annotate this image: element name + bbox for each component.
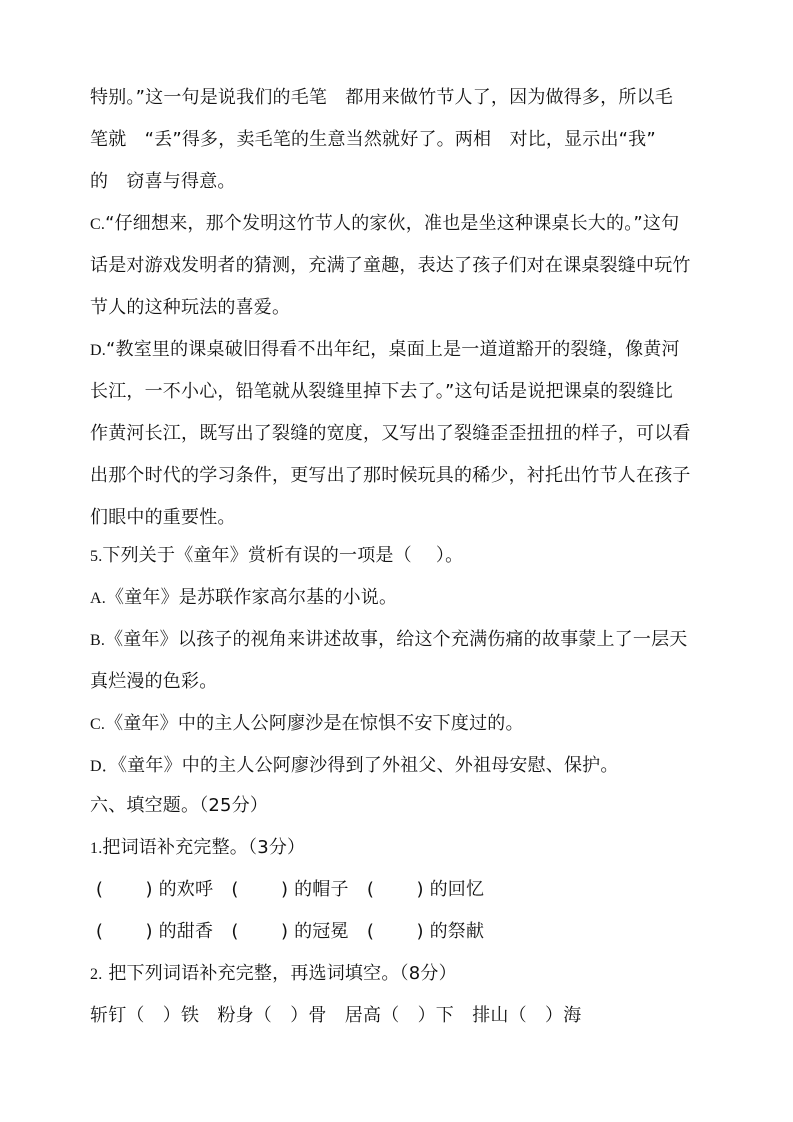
option-label: C.: [90, 716, 105, 733]
line-text: 话是对游戏发明者的猜测，充满了童趣，表达了孩子们对在课桌裂缝中玩竹: [90, 255, 691, 276]
option-c-line: C.《童年》中的主人公阿廖沙是在惊惧不安下度过的。: [90, 712, 524, 737]
line-text: 作黄河长江，既写出了裂缝的宽度，又写出了裂缝歪歪扭扭的样子，可以看: [90, 423, 691, 444]
document-page: 特别。”这一句是说我们的毛笔 都用来做竹节人了，因为做得多，所以毛 笔就 “丢”…: [0, 0, 793, 1122]
text-line: 的 窃喜与得意。: [90, 170, 236, 194]
section-heading: 六、填空题。（25分）: [90, 794, 268, 818]
question-2: 2. 把下列词语补充完整，再选词填空。（8分）: [90, 962, 457, 987]
question-number: 2.: [90, 966, 102, 983]
line-text: 节人的这种玩法的喜爱。: [90, 297, 290, 318]
section-title: 六、填空题。（25分）: [90, 795, 268, 816]
option-label: C.: [90, 216, 105, 233]
idiom-fill-row: 斩钉（ ）铁 粉身（ ）骨 居高（ ）下 排山（ ）海: [90, 1004, 581, 1028]
option-label: D.: [90, 342, 106, 359]
option-label: D．: [90, 758, 118, 775]
text-line: 出那个时代的学习条件，更写出了那时候玩具的稀少，衬托出竹节人在孩子: [90, 464, 691, 488]
option-label: A.: [90, 590, 106, 607]
question-text: 把词语补充完整。（3分）: [102, 837, 305, 858]
line-text: 真烂漫的色彩。: [90, 671, 217, 692]
line-text: 《童年》以孩子的视角来讲述故事，给这个充满伤痛的故事蒙上了一层天: [105, 629, 687, 650]
fill-blank-row: ( ) 的甜香 ( ) 的冠冕 ( ) 的祭献: [90, 920, 484, 944]
question-1: 1.把词语补充完整。（3分）: [90, 836, 305, 861]
fill-blank-text: ( ) 的欢呼 ( ) 的帽子 ( ) 的回忆: [90, 879, 484, 900]
question-text: 把下列词语补充完整，再选词填空。（8分）: [102, 963, 456, 984]
line-text: 《童年》中的主人公阿廖沙得到了外祖父、外祖母安慰、保护。: [118, 755, 619, 776]
text-line: 特别。”这一句是说我们的毛笔 都用来做竹节人了，因为做得多，所以毛: [90, 86, 673, 110]
text-line: 节人的这种玩法的喜爱。: [90, 296, 290, 320]
question-text: 下列关于《童年》赏析有误的一项是（ ）。: [102, 545, 463, 566]
option-b-line: B.《童年》以孩子的视角来讲述故事，给这个充满伤痛的故事蒙上了一层天: [90, 628, 687, 653]
text-line: 真烂漫的色彩。: [90, 670, 217, 694]
text-line: 笔就 “丢”得多，卖毛笔的生意当然就好了。两相 对比，显示出“我”: [90, 128, 656, 152]
option-d-line: D.“教室里的课桌破旧得看不出年纪，桌面上是一道道豁开的裂缝，像黄河: [90, 338, 680, 363]
text-line: 话是对游戏发明者的猜测，充满了童趣，表达了孩子们对在课桌裂缝中玩竹: [90, 254, 691, 278]
line-text: 特别。”这一句是说我们的毛笔 都用来做竹节人了，因为做得多，所以毛: [90, 87, 673, 108]
option-c-line: C.“仔细想来，那个发明这竹节人的家伙，准也是坐这种课桌长大的。”这句: [90, 212, 679, 237]
option-d-line: D．《童年》中的主人公阿廖沙得到了外祖父、外祖母安慰、保护。: [90, 754, 619, 779]
text-line: 长江，一不小心，铅笔就从裂缝里掉下去了。”这句话是说把课桌的裂缝比: [90, 380, 673, 404]
line-text: 的 窃喜与得意。: [90, 171, 236, 192]
line-text: 们眼中的重要性。: [90, 507, 236, 528]
question-number: 1.: [90, 840, 102, 857]
line-text: 《童年》是苏联作家高尔基的小说。: [106, 587, 397, 608]
question-number: 5.: [90, 548, 102, 565]
line-text: 笔就 “丢”得多，卖毛笔的生意当然就好了。两相 对比，显示出“我”: [90, 129, 656, 150]
line-text: 出那个时代的学习条件，更写出了那时候玩具的稀少，衬托出竹节人在孩子: [90, 465, 691, 486]
fill-blank-text: ( ) 的甜香 ( ) 的冠冕 ( ) 的祭献: [90, 921, 484, 942]
line-text: “仔细想来，那个发明这竹节人的家伙，准也是坐这种课桌长大的。”这句: [105, 213, 679, 234]
fill-blank-row: ( ) 的欢呼 ( ) 的帽子 ( ) 的回忆: [90, 878, 484, 902]
question-5: 5.下列关于《童年》赏析有误的一项是（ ）。: [90, 544, 463, 569]
fill-blank-text: 斩钉（ ）铁 粉身（ ）骨 居高（ ）下 排山（ ）海: [90, 1005, 581, 1026]
text-line: 们眼中的重要性。: [90, 506, 236, 530]
line-text: 长江，一不小心，铅笔就从裂缝里掉下去了。”这句话是说把课桌的裂缝比: [90, 381, 673, 402]
option-a-line: A.《童年》是苏联作家高尔基的小说。: [90, 586, 397, 611]
line-text: 《童年》中的主人公阿廖沙是在惊惧不安下度过的。: [105, 713, 524, 734]
option-label: B.: [90, 632, 105, 649]
line-text: “教室里的课桌破旧得看不出年纪，桌面上是一道道豁开的裂缝，像黄河: [106, 339, 680, 360]
text-line: 作黄河长江，既写出了裂缝的宽度，又写出了裂缝歪歪扭扭的样子，可以看: [90, 422, 691, 446]
